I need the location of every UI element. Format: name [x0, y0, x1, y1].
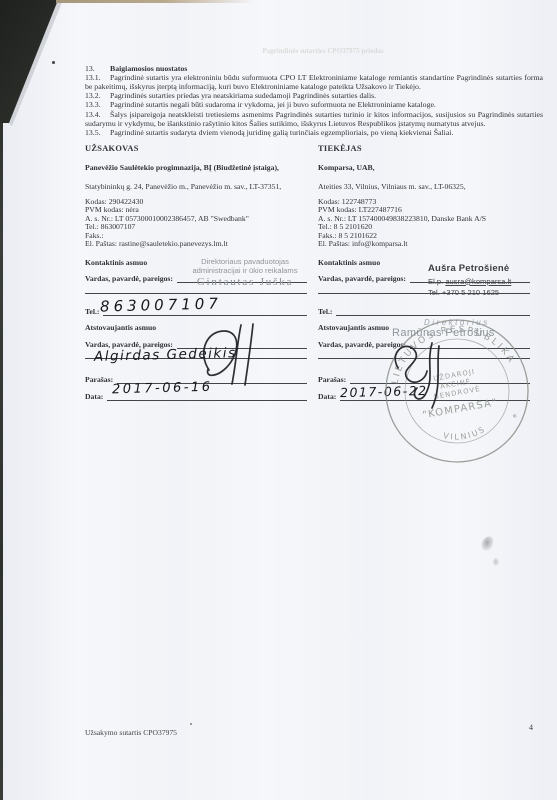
supplier-address: Ateities 33, Vilnius, Vilniaus m. sav., … [318, 182, 530, 191]
scanner-top-strip [56, 0, 254, 3]
buyer-tel: Tel.: 863007107 [85, 223, 307, 231]
supplier-signature [382, 338, 460, 416]
field-line [85, 292, 307, 294]
clause-text: Pagrindinė sutartis negali būti sudaroma… [110, 100, 436, 109]
stamp-title-line: administracijai ir ūkio reikalams [168, 266, 322, 275]
buyer-tel-handwritten: 863007107 [100, 294, 222, 315]
buyer-email: El. Paštas: rastine@sauletekio.panevezys… [85, 240, 307, 248]
ink-speck [190, 723, 192, 725]
clause-13-1: 13.1.Pagrindinė sutartis yra elektronini… [85, 73, 543, 91]
footer-document-title: Užsakymo sutartis CPO37975 [85, 728, 177, 737]
stamp-title-line: Direktoriaus pavaduotojas [168, 257, 322, 266]
buyer-contact-stamp: Direktoriaus pavaduotojas administracija… [168, 257, 322, 289]
field-label: Vardas, pavardė, pareigos: [318, 274, 410, 283]
final-provisions-section: 13.Baigiamosios nuostatos 13.1.Pagrindin… [85, 64, 543, 137]
supplier-name: Komparsa, UAB, [318, 163, 530, 172]
field-label: Vardas, pavardė, pareigos: [85, 274, 177, 283]
clause-text: Pagrindinės sutarties priedas yra neatsk… [110, 91, 376, 100]
clause-number: 13.3. [85, 100, 110, 109]
supplier-details: Kodas: 122748773 PVM kodas: LT227487716 … [318, 198, 530, 249]
clause-text: Pagrindinė sutartis yra elektroniniu būd… [85, 73, 543, 91]
buyer-signature [195, 322, 265, 388]
clause-number: 13.2. [85, 91, 110, 100]
buyer-role-heading: UŽSAKOVAS [85, 144, 307, 153]
svg-text:VILNIUS: VILNIUS [441, 424, 488, 445]
field-label: Data: [318, 392, 340, 401]
clause-text: Pagrindinė sutartis sudaryta dviem vieno… [110, 128, 453, 137]
supplier-role-heading: TIEKĖJAS [318, 144, 530, 153]
ink-speck [52, 61, 55, 64]
supplier-email: El. Paštas: info@komparsa.lt [318, 240, 530, 248]
stamp-email-value: ausra@komparsa.lt [445, 277, 511, 286]
field-label: Tel.: [318, 307, 336, 316]
field-label: Parašas: [318, 375, 350, 384]
stamp-tel-line: Tel. +370 5 210 1625 [428, 288, 511, 297]
scanned-contract-page: Pagrindinės sutarties CPO37975 priedas 1… [0, 0, 557, 800]
footer-page-number: 4 [529, 723, 533, 732]
stamp-email-label: El.p. [428, 277, 443, 286]
clause-number: 13.5. [85, 128, 110, 137]
clause-13-3: 13.3.Pagrindinė sutartis negali būti sud… [85, 100, 543, 109]
clause-number: 13. [85, 64, 110, 73]
buyer-name: Panevėžio Saulėtekio progimnazija, BĮ (B… [85, 163, 307, 172]
clause-13-5: 13.5.Pagrindinė sutartis sudaryta dviem … [85, 128, 543, 137]
field-line [107, 400, 307, 401]
buyer-details: Kodas: 290422430 PVM kodas: nėra A. s. N… [85, 198, 307, 249]
buyer-address: Statybininkų g. 24, Panevėžio m., Panevė… [85, 182, 307, 191]
clause-13-4: 13.4.Šalys įsipareigoja neatskleisti tre… [85, 110, 543, 128]
field-label: Data: [85, 392, 107, 401]
clause-number: 13.1. [85, 73, 110, 82]
ink-smudge [480, 535, 495, 553]
section-heading: 13.Baigiamosios nuostatos [85, 64, 543, 73]
clause-13-2: 13.2.Pagrindinės sutarties priedas yra n… [85, 91, 543, 100]
stamp-person-name: Gintautas Juška [168, 276, 322, 289]
stamp-star: * [512, 413, 519, 424]
clause-text: Šalys įsipareigoja neatskleisti tretiesi… [85, 110, 543, 128]
field-line [103, 315, 307, 316]
stamp-ring-bottom-text: VILNIUS [441, 424, 488, 445]
section-heading-text: Baigiamosios nuostatos [110, 64, 187, 73]
supplier-contact-stamp: Aušra Petrošienė El.p. ausra@komparsa.lt… [428, 263, 511, 297]
ink-smudge [492, 557, 500, 566]
bleed-through-text: Pagrindinės sutarties CPO37975 priedas [252, 47, 394, 55]
clause-number: 13.4. [85, 110, 110, 119]
stamp-person-name: Aušra Petrošienė [428, 263, 511, 274]
stamp-email-line: El.p. ausra@komparsa.lt [428, 277, 511, 286]
